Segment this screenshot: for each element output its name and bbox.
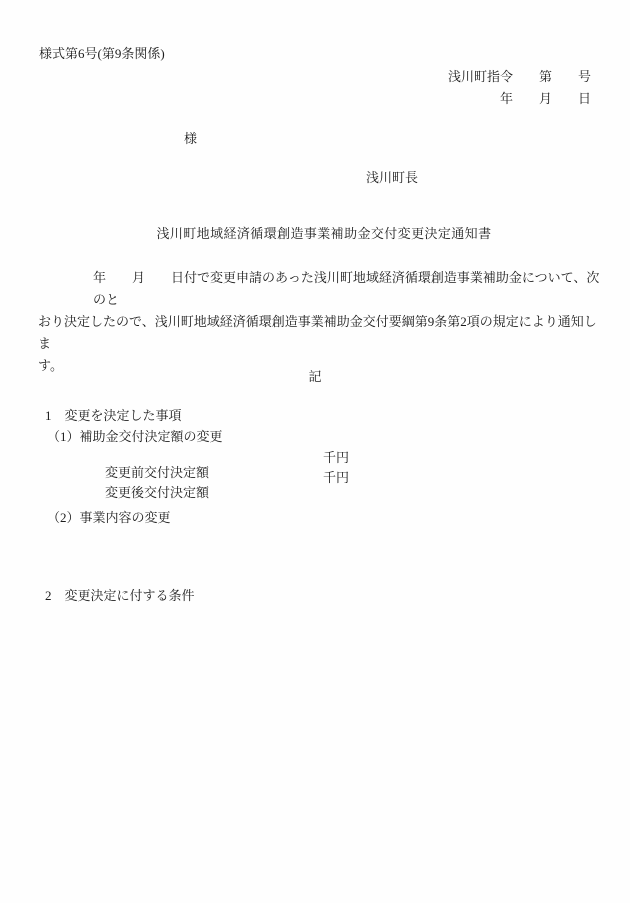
amount-after-label: 変更後交付決定額 [105, 485, 209, 500]
record-marker: 記 [0, 369, 630, 384]
section-1-1-heading: （1）補助金交付決定額の変更 [47, 429, 223, 444]
issue-date-line: 年 月 日 [500, 91, 591, 106]
section-1-heading: 1 変更を決定した事項 [45, 408, 182, 423]
amount-before-unit: 千円 [323, 450, 349, 465]
body-paragraph: 年 月 日付で変更申請のあった浅川町地域経済循環創造事業補助金について、次のと … [38, 267, 602, 377]
section-2-heading: 2 変更決定に付する条件 [45, 588, 195, 603]
addressee-honorific: 様 [184, 131, 197, 146]
amount-after-unit: 千円 [323, 470, 349, 485]
section-1-2-heading: （2）事業内容の変更 [47, 510, 171, 525]
form-number: 様式第6号(第9条関係) [39, 46, 165, 61]
body-line-1: 年 月 日付で変更申請のあった浅川町地域経済循環創造事業補助金について、次のと [38, 267, 602, 311]
body-line-2: おり決定したので、浅川町地域経済循環創造事業補助金交付要綱第9条第2項の規定によ… [38, 311, 602, 355]
document-title: 浅川町地域経済循環創造事業補助金交付変更決定通知書 [0, 226, 630, 241]
document-page: 様式第6号(第9条関係) 浅川町指令 第 号 年 月 日 様 浅川町長 浅川町地… [0, 0, 630, 903]
directive-number-line: 浅川町指令 第 号 [448, 69, 591, 84]
sender-title: 浅川町長 [366, 170, 418, 185]
